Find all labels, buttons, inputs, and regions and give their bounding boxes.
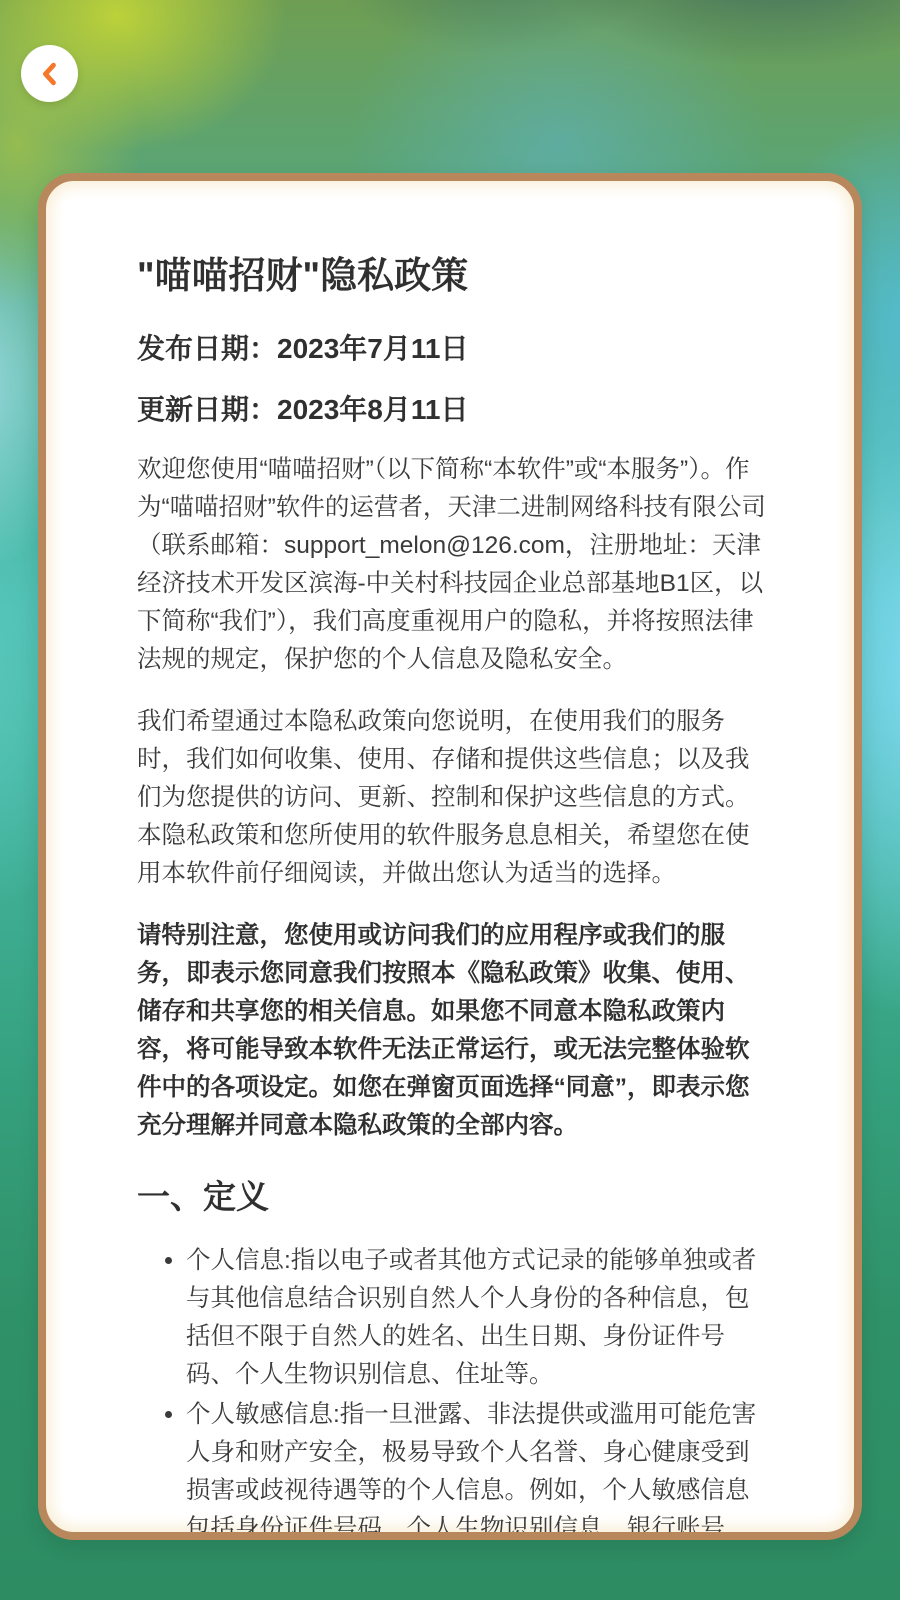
publish-date: 发布日期：2023年7月11日 [137,329,769,368]
privacy-policy-card: "喵喵招财"隐私政策 发布日期：2023年7月11日 更新日期：2023年8月1… [38,173,862,1540]
back-button[interactable] [21,45,78,102]
paragraph-welcome: 欢迎您使用“喵喵招财”（以下简称“本软件”或“本服务”）。作为“喵喵招财”软件的… [137,451,769,679]
paragraph-special-notice: 请特别注意，您使用或访问我们的应用程序或我们的服务，即表示您同意我们按照本《隐私… [137,917,769,1145]
paragraph-purpose: 我们希望通过本隐私政策向您说明，在使用我们的服务时，我们如何收集、使用、存储和提… [137,703,769,893]
page-title: "喵喵招财"隐私政策 [137,251,769,301]
section-heading-definitions: 一、定义 [137,1175,769,1220]
chevron-left-icon [34,57,66,91]
definitions-list: 个人信息:指以电子或者其他方式记录的能够单独或者与其他信息结合识别自然人个人身份… [137,1242,769,1532]
policy-scroll-area[interactable]: "喵喵招财"隐私政策 发布日期：2023年7月11日 更新日期：2023年8月1… [46,181,854,1532]
definition-item-sensitive-info: 个人敏感信息:指一旦泄露、非法提供或滥用可能危害人身和财产安全，极易导致个人名誉… [186,1396,769,1532]
update-date: 更新日期：2023年8月11日 [137,390,769,429]
privacy-policy-screen: { "screen": { "back_button": { "icon": "… [0,0,900,1600]
definition-item-personal-info: 个人信息:指以电子或者其他方式记录的能够单独或者与其他信息结合识别自然人个人身份… [186,1242,769,1394]
